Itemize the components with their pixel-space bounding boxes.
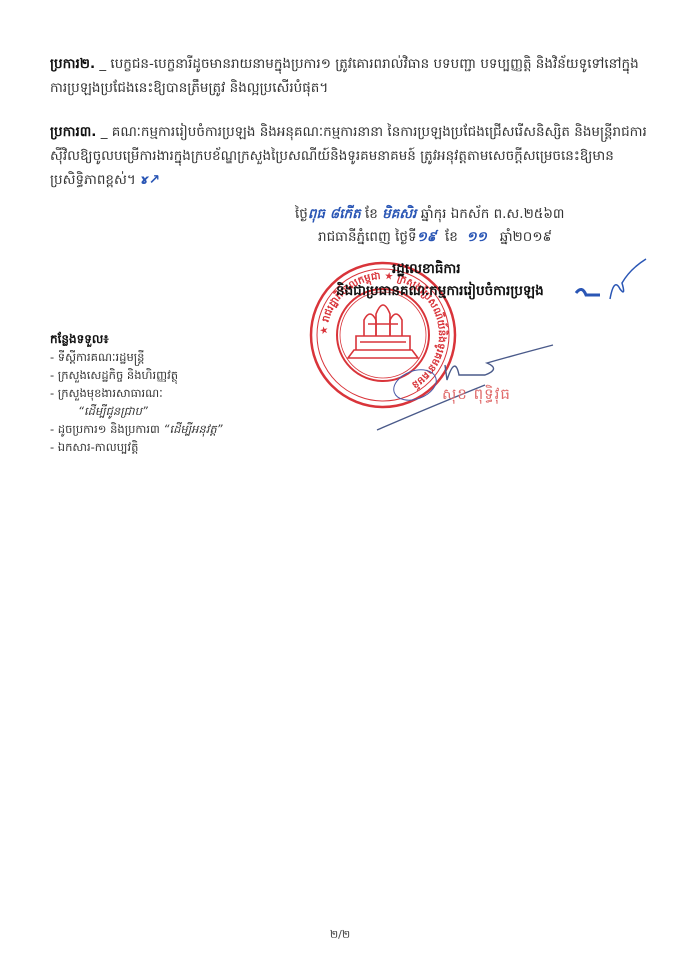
signer-name: សុខ ពុទ្ធិវុធ [442,385,511,407]
recipient-item: - ទីស្តីការគណៈរដ្ឋមន្ត្រី [50,348,223,366]
solar-month-handwritten: ១១ [466,229,486,245]
lunar-day-handwritten: ពុធ ៨កើត [308,206,361,222]
lunar-date-suffix: ឆ្នាំកុរ ឯកស័ក ព.ស.២៥៦៣ [421,206,565,222]
article-2-paragraph: ប្រការ២. _ បេក្ខជន-បេក្ខនារីដូចមានរាយនាម… [50,52,650,100]
signatory-title-2: និងជាប្រធានគណៈកម្មការរៀបចំការប្រឡង [336,282,544,302]
signature-icon [375,325,555,435]
page-number: ២/២ [0,928,680,944]
solar-date-line: រាជធានីភ្នំពេញ ថ្ងៃទី១៩ ខែ ១១ ឆ្នាំ២០១៩ [318,228,552,248]
lunar-month-prefix: ខែ [365,206,378,222]
solar-day-handwritten: ១៩ [417,229,437,245]
recipients-list: កន្លែងទទួល៖ - ទីស្តីការគណៈរដ្ឋមន្ត្រី - … [50,330,223,456]
solar-date-prefix: រាជធានីភ្នំពេញ ថ្ងៃទី [318,229,417,245]
recipients-title: កន្លែងទទួល៖ [50,330,223,348]
solar-month-prefix: ខែ [445,229,458,245]
handwritten-mark-icon [570,255,650,305]
lunar-date-prefix: ថ្ងៃ [295,206,308,222]
recipient-item-note: “ដើម្បីអនុវត្ត” [164,422,223,436]
lunar-date-line: ថ្ងៃពុធ ៨កើត ខែ មិគសិរ ឆ្នាំកុរ ឯកស័ក ព.… [295,205,564,225]
article-2-text: _ បេក្ខជន-បេក្ខនារីដូចមានរាយនាមក្នុងប្រក… [50,56,639,96]
recipient-item-text: - ដូចប្រការ១ និងប្រការ៣ [50,422,164,436]
article-2-label: ប្រការ២. [50,56,95,72]
recipient-item: - ដូចប្រការ១ និងប្រការ៣ “ដើម្បីអនុវត្ត” [50,420,223,438]
lunar-month-handwritten: មិគសិរ [382,206,416,222]
article-3-paragraph: ប្រការ៣. _ គណៈកម្មការរៀបចំការប្រឡង និងអន… [50,120,650,192]
article-3-label: ប្រការ៣. [50,124,96,140]
signatory-title-1: រដ្ឋលេខាធិការ [392,260,461,280]
recipient-item: - ឯកសារ-កាលប្បវត្តិ [50,438,223,456]
recipient-item: - ក្រសួងសេដ្ឋកិច្ច និងហិរញ្ញវត្ថុ [50,366,223,384]
solar-year: ឆ្នាំ២០១៩ [500,229,552,245]
handwritten-initials: ɤ↗ [140,172,160,188]
recipient-item: - ក្រសួងមុខងារសាធារណៈ [50,384,223,402]
recipient-note: “ដើម្បីជូនជ្រាប” [50,402,223,420]
